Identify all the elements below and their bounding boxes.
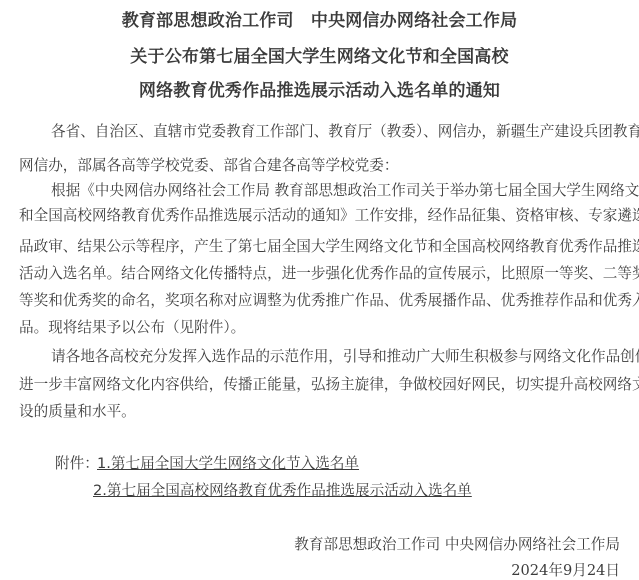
paragraph1-line-1: 根据《中央网信办网络社会工作局 教育部思想政治工作司关于举办第七届全国大学生网络… <box>51 179 621 200</box>
paragraph2-line-3: 设的质量和水平。 <box>19 400 621 421</box>
addressee-line-1: 各省、自治区、直辖市党委教育工作部门、教育厅（教委）、网信办，新疆生产建设兵团教… <box>51 120 621 141</box>
signature-date: 2024年9月24日 <box>511 559 620 580</box>
paragraph1-line-6: 品。现将结果予以公布（见附件）。 <box>19 316 621 337</box>
title-line-1: 关于公布第七届全国大学生网络文化节和全国高校 <box>0 42 639 67</box>
paragraph1-line-4: 活动入选名单。结合网络文化传播特点，进一步强化优秀作品的宣传展示，比照原一等奖、… <box>19 262 621 283</box>
attachment-link-2[interactable]: 2.第七届全国高校网络教育优秀作品推选展示活动入选名单 <box>93 479 472 500</box>
paragraph2-line-2: 进一步丰富网络文化内容供给，传播正能量，弘扬主旋律，争做校园好网民，切实提升高校… <box>19 373 621 394</box>
paragraph1-line-3: 品政审、结果公示等程序，产生了第七届全国大学生网络文化节和全国高校网络教育优秀作… <box>19 235 621 256</box>
paragraph1-line-2: 和全国高校网络教育优秀作品推选展示活动的通知》工作安排，经作品征集、资格审核、专… <box>19 204 621 225</box>
paragraph1-line-5: 等奖和优秀奖的命名，奖项名称对应调整为优秀推广作品、优秀展播作品、优秀推荐作品和… <box>19 289 621 310</box>
paragraph2-line-1: 请各地各高校充分发挥入选作品的示范作用，引导和推动广大师生积极参与网络文化作品创… <box>51 345 621 366</box>
title-line-2: 网络教育优秀作品推选展示活动入选名单的通知 <box>0 76 639 101</box>
issuers-heading: 教育部思想政治工作司 中央网信办网络社会工作局 <box>0 6 639 31</box>
attachments-label: 附件： <box>55 452 99 473</box>
attachment-link-1[interactable]: 1.第七届全国大学生网络文化节入选名单 <box>97 452 359 473</box>
addressee-line-2: 网信办，部属各高等学校党委、部省合建各高等学校党委： <box>19 154 621 175</box>
signature-issuers: 教育部思想政治工作司 中央网信办网络社会工作局 <box>294 533 620 554</box>
